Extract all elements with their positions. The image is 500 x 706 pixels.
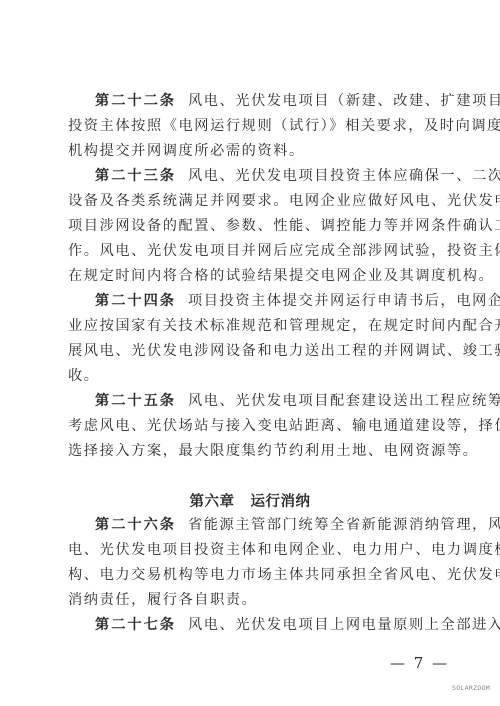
article-23-line-5: 在规定时间内将合格的试验结果提交电网企业及其调度机构。 (68, 267, 438, 285)
article-22-line-2: 投资主体按照《电网运行规则（试行）》相关要求，及时向调度 (68, 117, 438, 135)
article-label: 第二十六条 (95, 517, 176, 533)
chapter-title: 运行消纳 (251, 494, 311, 510)
article-26-line-4: 消纳责任，履行各自职责。 (68, 591, 438, 609)
article-label: 第二十七条 (95, 617, 176, 633)
article-26-line-1: 第二十六条省能源主管部门统筹全省新能源消纳管理，风 (95, 516, 465, 534)
article-label: 第二十三条 (95, 168, 176, 184)
page-number: — 7 — (390, 654, 449, 672)
article-24-line-2: 业应按国家有关技术标准规范和管理规定，在规定时间内配合开 (68, 317, 438, 335)
article-label: 第二十二条 (95, 93, 176, 109)
article-23-line-3: 项目涉网设备的配置、参数、性能、调控能力等并网条件确认工 (68, 217, 438, 235)
document-page: 第二十二条风电、光伏发电项目（新建、改建、扩建项目） 投资主体按照《电网运行规则… (0, 0, 500, 706)
article-25-line-2: 考虑风电、光伏场站与接入变电站距离、输电通道建设等，择优 (68, 417, 438, 435)
article-label: 第二十五条 (95, 393, 176, 409)
article-24-line-3: 展风电、光伏发电涉网设备和电力送出工程的并网调试、竣工验 (68, 342, 438, 360)
article-24-line-1: 第二十四条项目投资主体提交并网运行申请书后，电网企 (95, 292, 465, 310)
article-27-line-1: 第二十七条风电、光伏发电项目上网电量原则上全部进入 (95, 616, 465, 634)
article-24-line-4: 收。 (68, 367, 438, 385)
watermark: SOLARZOOM (452, 684, 490, 692)
chapter-heading: 第六章运行消纳 (0, 490, 500, 511)
chapter-number: 第六章 (190, 494, 235, 510)
article-25-line-3: 选择接入方案，最大限度集约节约利用土地、电网资源等。 (68, 442, 438, 460)
article-label: 第二十四条 (95, 293, 176, 309)
article-22-line-3: 机构提交并网调度所必需的资料。 (68, 142, 438, 160)
article-22-line-1: 第二十二条风电、光伏发电项目（新建、改建、扩建项目） (95, 92, 465, 110)
article-25-line-1: 第二十五条风电、光伏发电项目配套建设送出工程应统筹 (95, 392, 465, 410)
article-23-line-2: 设备及各类系统满足并网要求。电网企业应做好风电、光伏发电 (68, 192, 438, 210)
article-23-line-1: 第二十三条风电、光伏发电项目投资主体应确保一、二次 (95, 167, 465, 185)
article-26-line-3: 构、电力交易机构等电力市场主体共同承担全省风电、光伏发电 (68, 566, 438, 584)
article-26-line-2: 电、光伏发电项目投资主体和电网企业、电力用户、电力调度机 (68, 541, 438, 559)
article-23-line-4: 作。风电、光伏发电项目并网后应完成全部涉网试验，投资主体 (68, 242, 438, 260)
